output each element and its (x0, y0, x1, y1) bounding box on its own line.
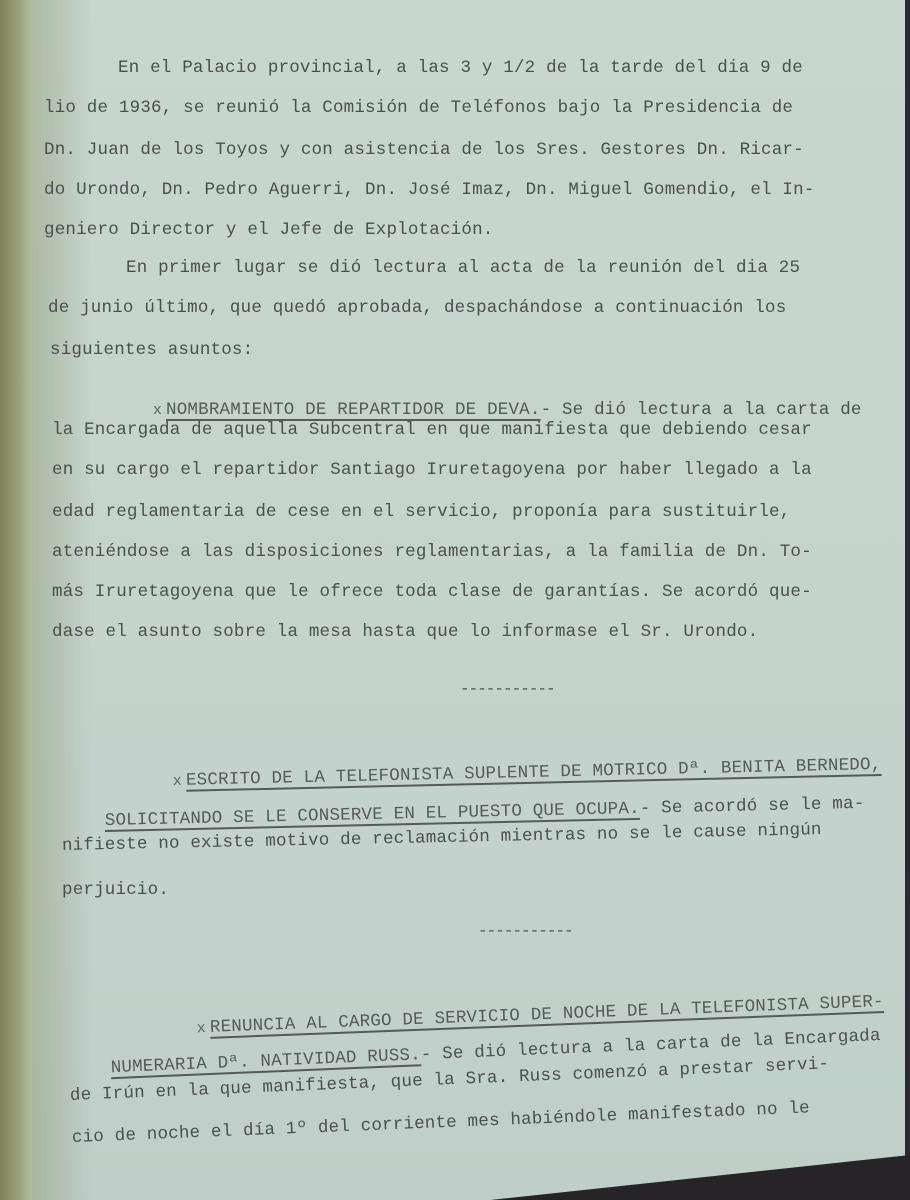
paragraph-1-line-3: Dn. Juan de los Toyos y con asistencia d… (44, 140, 804, 160)
item-1-line-5: más Iruretagoyena que le ofrece toda cla… (52, 582, 812, 602)
paragraph-2-line-3: siguientes asuntos: (50, 340, 253, 360)
item-1-line-6: dase el asunto sobre la mesa hasta que l… (52, 622, 758, 642)
item-2-heading-tail: - Se acordó se le ma- (640, 794, 865, 819)
section-separator: ----------- (460, 680, 555, 698)
page-edge-shadow (905, 0, 910, 1200)
item-1-heading: NOMBRAMIENTO DE REPARTIDOR DE DEVA. (166, 400, 541, 420)
item-1-line-4: ateniéndose a las disposiciones reglamen… (52, 542, 812, 562)
item-1-line-1: la Encargada de aquella Subcentral en qu… (52, 420, 812, 440)
paragraph-1-line-4: do Urondo, Dn. Pedro Aguerri, Dn. José I… (44, 180, 815, 200)
paragraph-2-line-2: de junio último, que quedó aprobada, des… (48, 298, 786, 318)
document-body: En el Palacio provincial, a las 3 y 1/2 … (0, 0, 21, 660)
section-separator: ----------- (478, 922, 573, 940)
checkmark-x-icon: x (173, 773, 183, 790)
item-2-line-2: perjuicio. (62, 880, 169, 900)
item-1-line-2: en su cargo el repartidor Santiago Irure… (52, 460, 812, 480)
paragraph-2-line-1: En primer lugar se dió lectura al acta d… (126, 258, 800, 278)
paragraph-1-line-5: geniero Director y el Jefe de Explotació… (44, 220, 493, 240)
item-1-line-3: edad reglamentaria de cese en el servici… (52, 502, 790, 522)
item-1-heading-tail: - Se dió lectura a la carta de (541, 400, 862, 420)
paragraph-1-line-2: lio de 1936, se reunió la Comisión de Te… (44, 98, 793, 118)
paragraph-1-line-1: En el Palacio provincial, a las 3 y 1/2 … (118, 58, 803, 78)
checkmark-x-icon: x (153, 402, 162, 419)
